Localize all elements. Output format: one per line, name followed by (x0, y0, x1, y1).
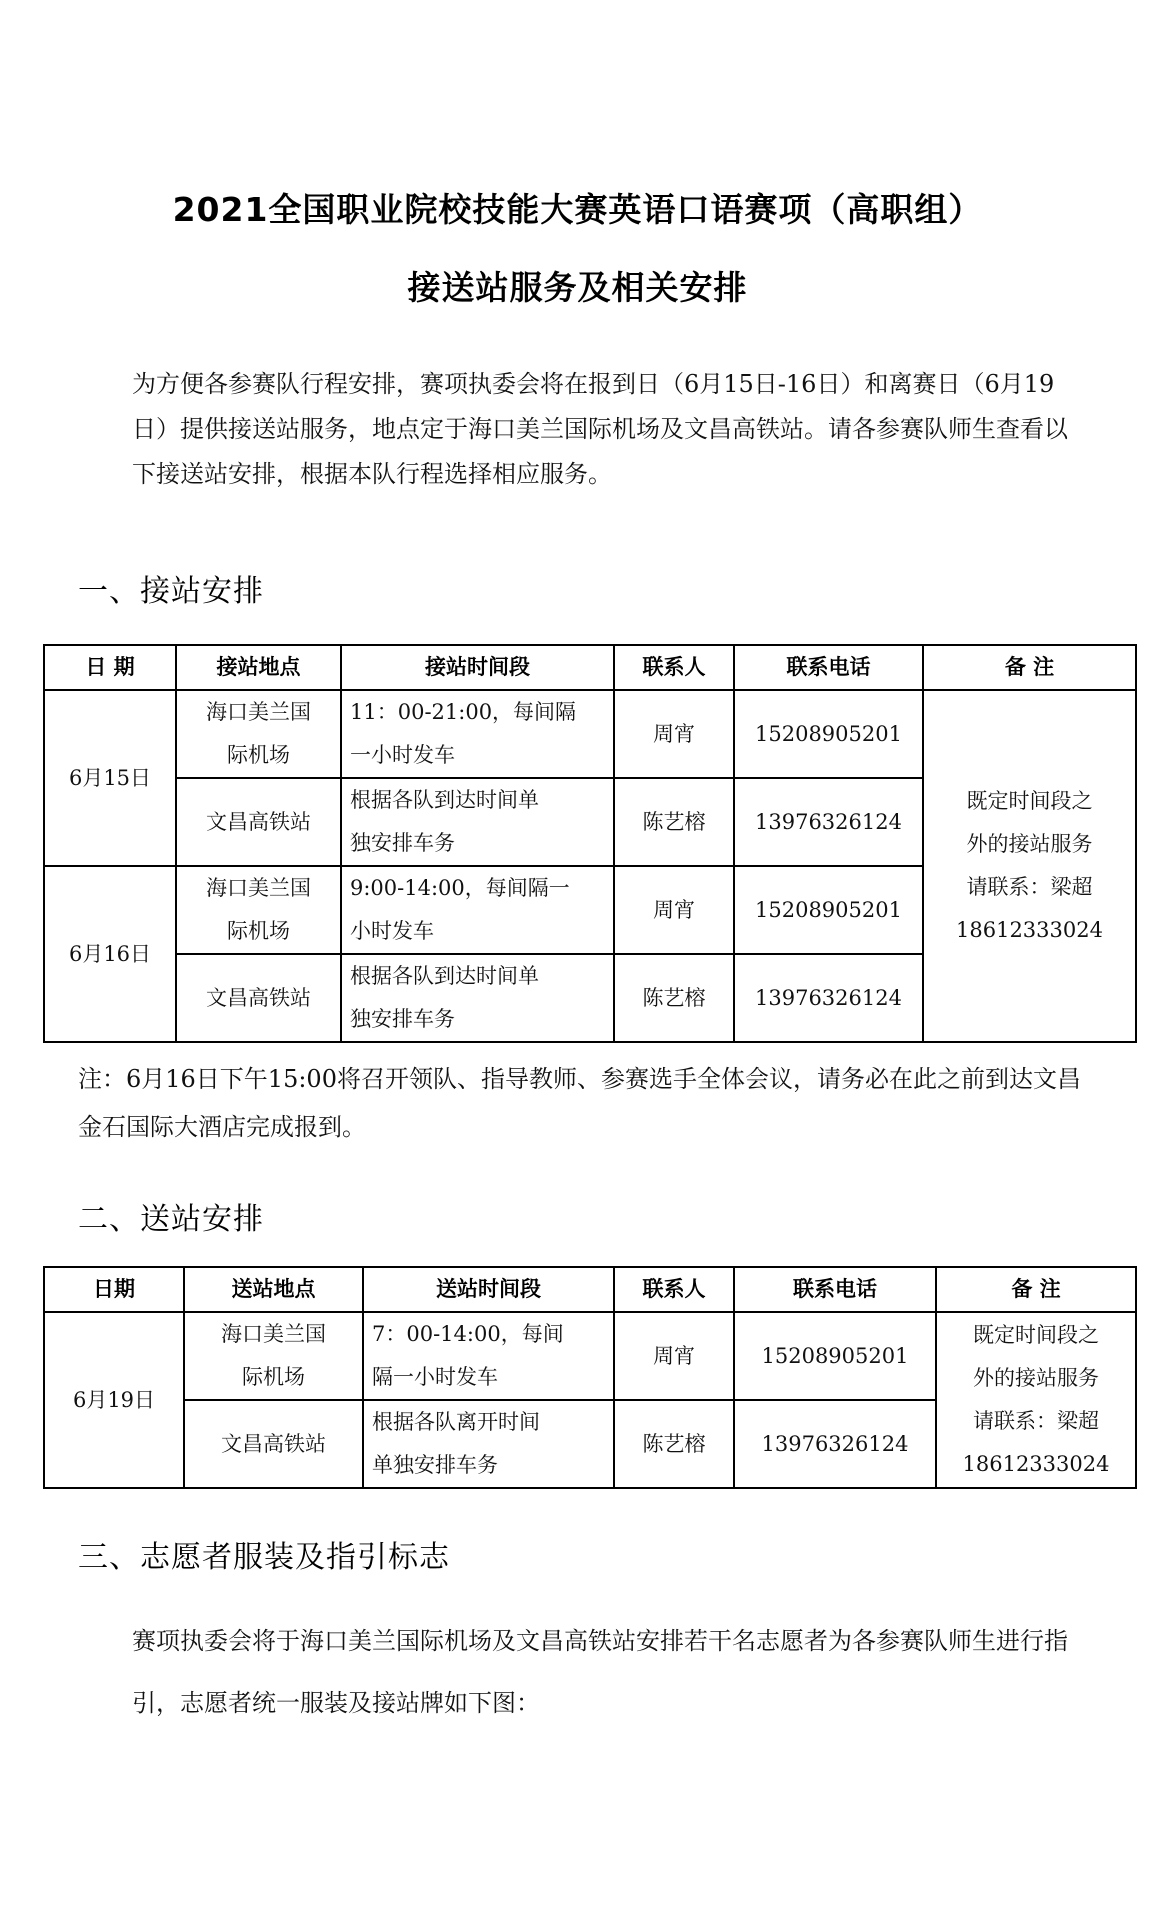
date-cell: 6月16日 (44, 866, 176, 1042)
document-subtitle: 接送站服务及相关安排 (0, 262, 1155, 309)
phone-cell: 13976326124 (734, 954, 923, 1042)
section-heading-volunteers: 三、志愿者服装及指引标志 (78, 1532, 450, 1576)
column-header-location: 送站地点 (184, 1267, 363, 1312)
time-cell: 根据各队到达时间单 独安排车务 (341, 954, 614, 1042)
contact-cell: 周宵 (614, 690, 734, 778)
volunteer-paragraph: 赛项执委会将于海口美兰国际机场及文昌高铁站安排若干名志愿者为各参赛队师生进行指引… (75, 1610, 1085, 1734)
section-heading-dropoff: 二、送站安排 (78, 1194, 264, 1238)
date-cell: 6月19日 (44, 1312, 184, 1488)
column-header-location: 接站地点 (176, 645, 341, 690)
intro-text: 为方便各参赛队行程安排，赛项执委会将在报到日（6月15日-16日）和离赛日（6月… (75, 362, 1085, 497)
location-cell: 文昌高铁站 (176, 778, 341, 866)
dropoff-schedule-table: 日期 送站地点 送站时间段 联系人 联系电话 备 注 6月19日 海口美兰国 际… (43, 1266, 1137, 1489)
column-header-time: 送站时间段 (363, 1267, 614, 1312)
pickup-schedule-table: 日 期 接站地点 接站时间段 联系人 联系电话 备 注 6月15日 海口美兰国 … (43, 644, 1137, 1043)
time-cell: 9:00-14:00，每间隔一 小时发车 (341, 866, 614, 954)
contact-cell: 周宵 (614, 866, 734, 954)
column-header-phone: 联系电话 (734, 645, 923, 690)
date-cell: 6月15日 (44, 690, 176, 866)
contact-cell: 陈艺榕 (614, 954, 734, 1042)
phone-cell: 15208905201 (734, 866, 923, 954)
contact-cell: 陈艺榕 (614, 1400, 734, 1488)
intro-paragraph: 为方便各参赛队行程安排，赛项执委会将在报到日（6月15日-16日）和离赛日（6月… (75, 362, 1085, 497)
column-header-contact: 联系人 (614, 1267, 734, 1312)
section-heading-pickup: 一、接站安排 (78, 566, 264, 610)
column-header-remark: 备 注 (923, 645, 1136, 690)
column-header-contact: 联系人 (614, 645, 734, 690)
pickup-note: 注：6月16日下午15:00将召开领队、指导教师、参赛选手全体会议，请务必在此之… (78, 1047, 1088, 1151)
phone-cell: 15208905201 (734, 690, 923, 778)
time-cell: 11：00-21:00，每间隔 一小时发车 (341, 690, 614, 778)
column-header-remark: 备 注 (936, 1267, 1136, 1312)
column-header-date: 日期 (44, 1267, 184, 1312)
phone-cell: 13976326124 (734, 1400, 936, 1488)
column-header-phone: 联系电话 (734, 1267, 936, 1312)
time-cell: 根据各队到达时间单 独安排车务 (341, 778, 614, 866)
table-header-row: 日 期 接站地点 接站时间段 联系人 联系电话 备 注 (44, 645, 1136, 690)
remark-cell: 既定时间段之 外的接站服务 请联系：梁超 18612333024 (923, 690, 1136, 1042)
time-cell: 根据各队离开时间 单独安排车务 (363, 1400, 614, 1488)
column-header-time: 接站时间段 (341, 645, 614, 690)
time-cell: 7：00-14:00，每间 隔一小时发车 (363, 1312, 614, 1400)
volunteer-text: 赛项执委会将于海口美兰国际机场及文昌高铁站安排若干名志愿者为各参赛队师生进行指引… (75, 1610, 1085, 1734)
contact-cell: 周宵 (614, 1312, 734, 1400)
column-header-date: 日 期 (44, 645, 176, 690)
location-cell: 海口美兰国 际机场 (176, 690, 341, 778)
location-cell: 海口美兰国 际机场 (176, 866, 341, 954)
phone-cell: 15208905201 (734, 1312, 936, 1400)
table-header-row: 日期 送站地点 送站时间段 联系人 联系电话 备 注 (44, 1267, 1136, 1312)
remark-cell: 既定时间段之 外的接站服务 请联系：梁超 18612333024 (936, 1312, 1136, 1488)
document-title: 2021全国职业院校技能大赛英语口语赛项（高职组） (0, 184, 1155, 231)
table-row: 6月19日 海口美兰国 际机场 7：00-14:00，每间 隔一小时发车 周宵 … (44, 1312, 1136, 1400)
phone-cell: 13976326124 (734, 778, 923, 866)
location-cell: 文昌高铁站 (184, 1400, 363, 1488)
table-row: 6月15日 海口美兰国 际机场 11：00-21:00，每间隔 一小时发车 周宵… (44, 690, 1136, 778)
contact-cell: 陈艺榕 (614, 778, 734, 866)
location-cell: 海口美兰国 际机场 (184, 1312, 363, 1400)
location-cell: 文昌高铁站 (176, 954, 341, 1042)
